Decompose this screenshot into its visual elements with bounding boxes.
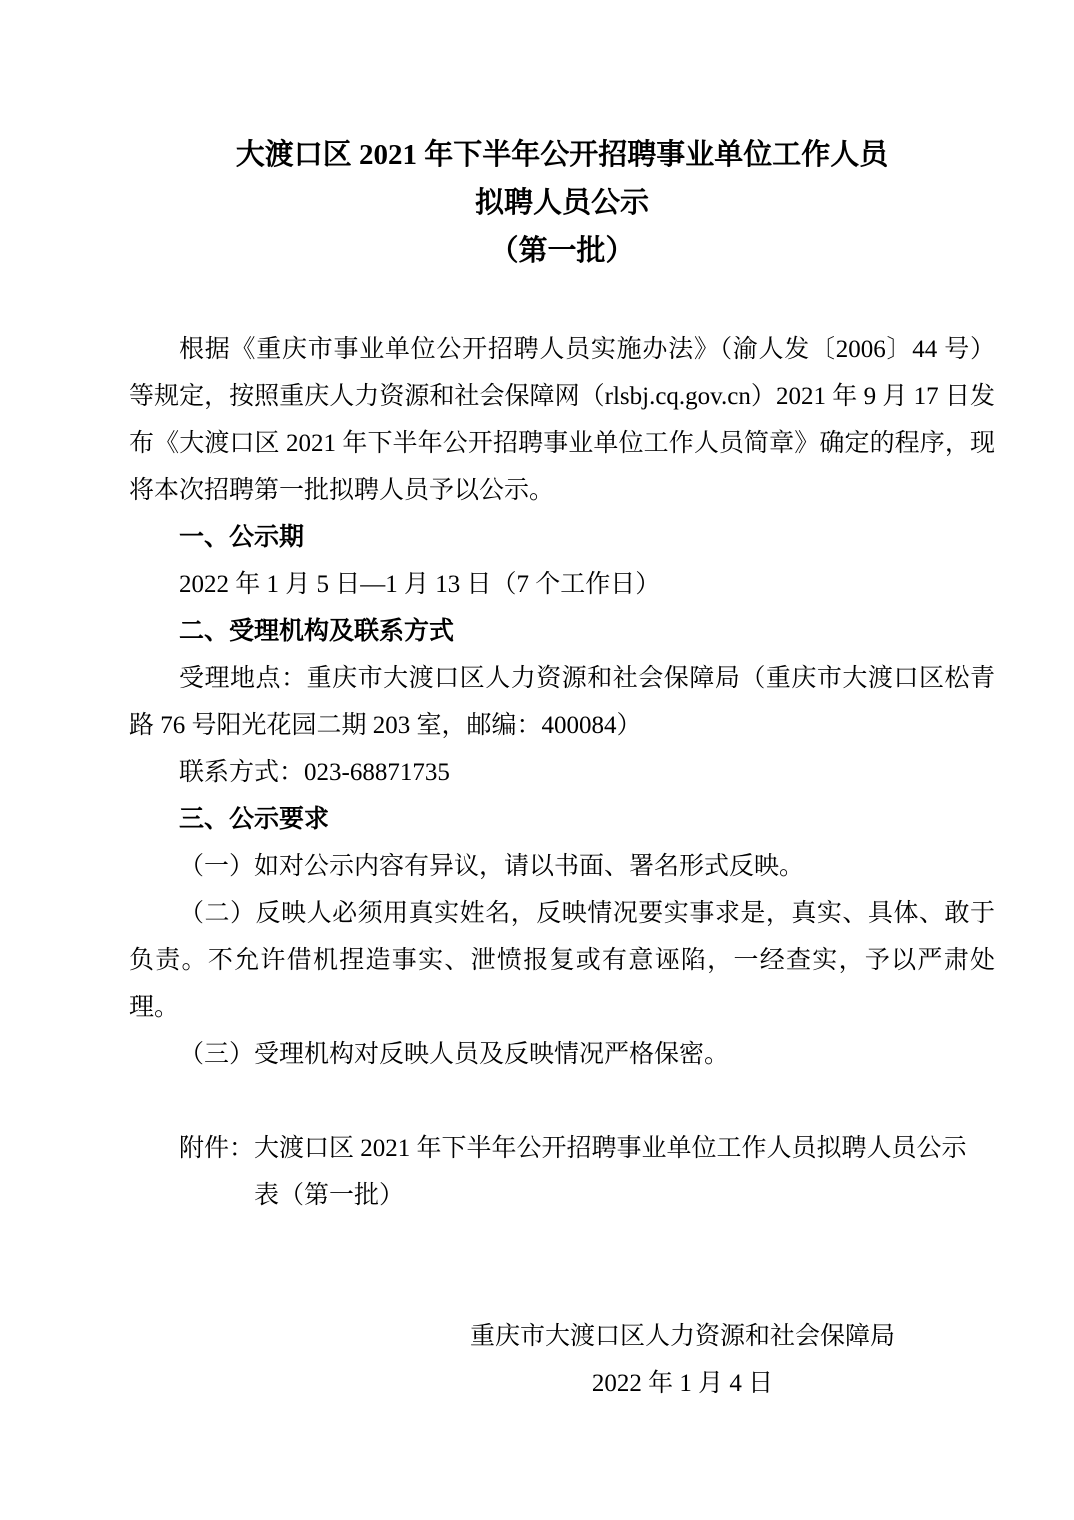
attachment-label: 附件： [179,1135,254,1162]
document-page: 大渡口区 2021 年下半年公开招聘事业单位工作人员 拟聘人员公示 （第一批） … [0,0,1074,1520]
publicity-period-paragraph: 2022 年 1 月 5 日—1 月 13 日（7 个工作日） [129,561,995,608]
requirement-paragraph-1: （一）如对公示内容有异议，请以书面、署名形式反映。 [129,843,995,890]
signature-org: 重庆市大渡口区人力资源和社会保障局 [470,1313,895,1360]
attachment-text-line-2: 表（第一批） [254,1182,404,1209]
signature-block: 重庆市大渡口区人力资源和社会保障局 2022 年 1 月 4 日 [470,1313,895,1407]
requirement-paragraph-2: （二）反映人必须用真实姓名，反映情况要实事求是，真实、具体、敢于负责。不允许借机… [129,890,995,1031]
intro-paragraph: 根据《重庆市事业单位公开招聘人员实施办法》（渝人发〔2006〕44 号）等规定，… [129,326,995,514]
document-title: 大渡口区 2021 年下半年公开招聘事业单位工作人员 拟聘人员公示 （第一批） [129,131,995,275]
accepting-office-paragraph: 受理地点：重庆市大渡口区人力资源和社会保障局（重庆市大渡口区松青路 76 号阳光… [129,655,995,749]
attachment-text-line-1: 大渡口区 2021 年下半年公开招聘事业单位工作人员拟聘人员公示 [254,1135,967,1162]
signature-date: 2022 年 1 月 4 日 [470,1360,895,1407]
document-text: 根据《重庆市事业单位公开招聘人员实施办法》（渝人发〔2006〕44 号）等规定，… [129,326,995,1407]
requirement-paragraph-3: （三）受理机构对反映人员及反映情况严格保密。 [129,1031,995,1078]
document-body: 大渡口区 2021 年下半年公开招聘事业单位工作人员 拟聘人员公示 （第一批） … [129,131,995,1407]
section-heading-3: 三、公示要求 [129,796,995,843]
section-heading-2: 二、受理机构及联系方式 [129,608,995,655]
title-line-3: （第一批） [129,227,995,275]
title-line-1: 大渡口区 2021 年下半年公开招聘事业单位工作人员 [129,131,995,179]
title-line-2: 拟聘人员公示 [129,179,995,227]
contact-paragraph: 联系方式：023-68871735 [129,749,995,796]
section-heading-1: 一、公示期 [129,514,995,561]
attachment-note: 附件：大渡口区 2021 年下半年公开招聘事业单位工作人员拟聘人员公示表（第一批… [129,1125,995,1219]
